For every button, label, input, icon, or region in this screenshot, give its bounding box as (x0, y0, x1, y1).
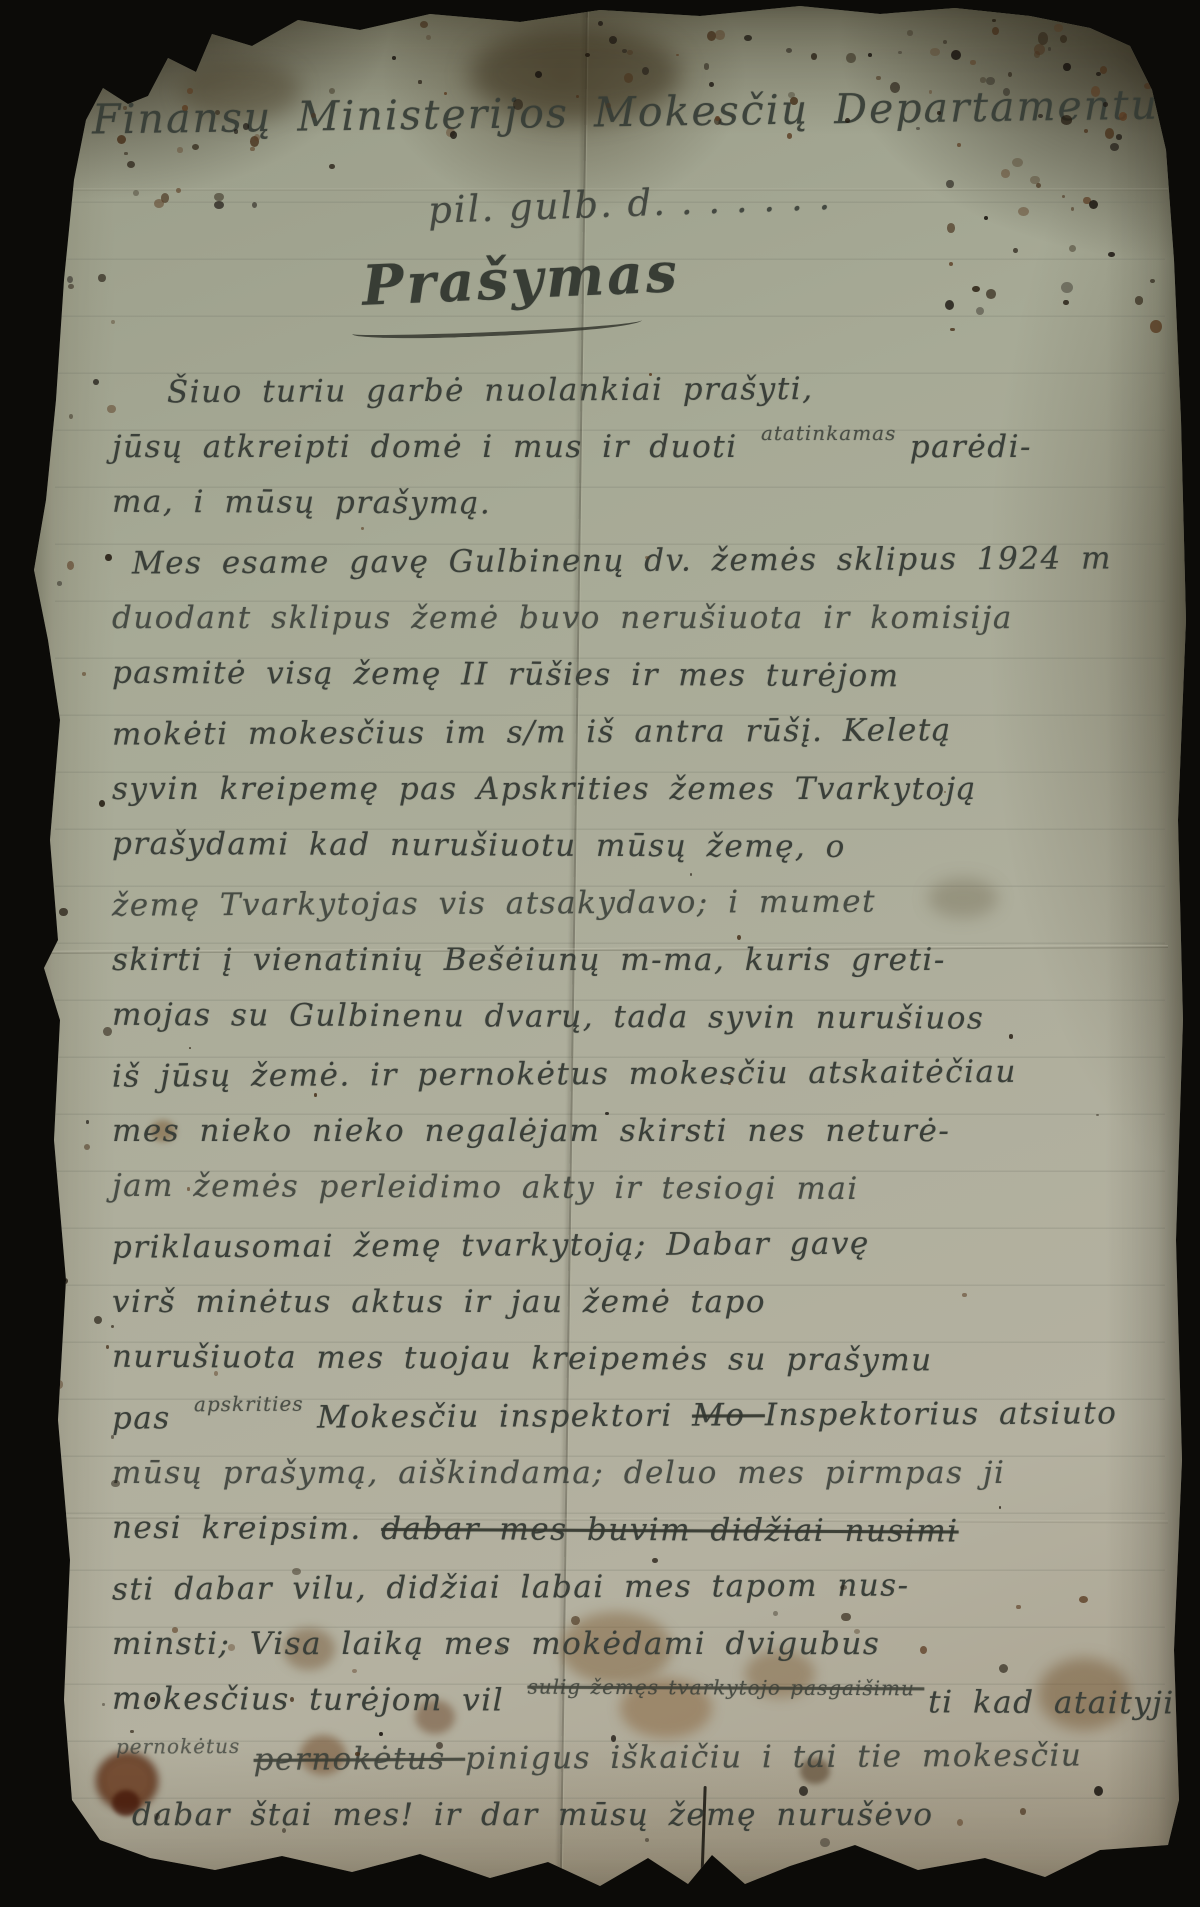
foxing-speckle (598, 21, 603, 26)
addressee-line: Finansų Ministerijos Mokesčių Departamen… (92, 80, 1175, 143)
handwriting-segment: Mokesčiu inspektori (317, 1398, 692, 1436)
foxing-speckle (811, 53, 817, 59)
foxing-speckle (930, 48, 940, 56)
foxing-speckle (426, 35, 431, 40)
foxing-speckle (392, 56, 396, 60)
handwriting-segment: Inspektorius atsiuto (765, 1395, 1118, 1433)
foxing-speckle (1105, 128, 1114, 138)
handwriting-segment: žemę Tvarkytojas vis atsakydavo; i mumet (112, 884, 876, 924)
foxing-speckle (907, 30, 913, 36)
handwritten-line: minsti; Visa laiką mes mokėdami dvigubus (112, 1616, 1122, 1673)
handwriting-segment: pinigus iškaičiu i tai tie mokesčiu (465, 1738, 1082, 1777)
foxing-speckle (609, 36, 617, 44)
foxing-speckle (992, 27, 999, 35)
handwriting-segment: mojas su Gulbinenu dvarų, tada syvin nur… (112, 997, 984, 1037)
foxing-speckle (980, 77, 987, 83)
foxing-speckle (744, 35, 751, 41)
foxing-speckle (1034, 44, 1045, 55)
handwritten-line: mūsų prašymą, aiškindama; deluo mes pirm… (112, 1445, 1122, 1502)
foxing-speckle (41, 689, 46, 695)
foxing-speckle (898, 51, 902, 55)
handwriting-segment: mes nieko nieko negalėjam skirsti nes ne… (112, 1113, 950, 1149)
foxing-speckle (787, 133, 793, 139)
foxing-speckle (951, 50, 961, 60)
foxing-speckle (846, 53, 856, 64)
handwritten-line: skirti į vienatinių Bešėiunų m-ma, kuris… (112, 932, 1122, 989)
handwritten-line: mokėti mokesčius im s/m iš antra rūšį. K… (112, 701, 1122, 763)
foxing-speckle (1060, 35, 1067, 43)
foxing-speckle (420, 21, 428, 28)
handwritten-line: sti dabar vilu, didžiai labai mes tapom … (112, 1556, 1122, 1618)
handwritten-line: pernokėtus pernokėtus pinigus iškaičiu i… (112, 1727, 1122, 1789)
handwritten-line: priklausomai žemę tvarkytoją; Dabar gavę (112, 1214, 1122, 1276)
foxing-speckle (642, 67, 649, 75)
foxing-speckle (868, 53, 872, 57)
handwriting-segment: nurušiuota mes tuojau kreipemės su prašy… (112, 1339, 933, 1379)
foxing-speckle (1034, 51, 1040, 58)
handwriting-segment: priklausomai žemę tvarkytoją; Dabar gavę (112, 1226, 870, 1266)
foxing-speckle (676, 54, 679, 57)
foxing-speckle (992, 19, 996, 23)
foxing-speckle (418, 80, 421, 83)
inserted-word: sulig žemęs tvarkytojo pasgaišimu (527, 1675, 924, 1701)
handwriting-segment: pasmitė visą žemę II rūšies ir mes turėj… (112, 655, 900, 694)
handwriting-segment: jam žemės perleidimo akty ir tesiogi mai (112, 1168, 859, 1207)
inserted-word: pernokėtus (116, 1734, 250, 1759)
handwritten-line: mojas su Gulbinenu dvarų, tada syvin nur… (112, 987, 1122, 1048)
foxing-speckle (1008, 72, 1012, 77)
handwritten-line: jūsų atkreipti domė i mus ir duoti atati… (112, 419, 1122, 476)
foxing-speckle (876, 76, 880, 80)
handwritten-line: syvin kreipemę pas Apskrities žemes Tvar… (112, 761, 1122, 818)
foxing-speckle (624, 73, 633, 83)
struck-text: dabar mes buvim didžiai nusimi (381, 1511, 959, 1550)
inserted-word: atatinkamas (761, 421, 906, 445)
handwriting-segment: dabar štai mes! ir dar mūsų žemę nurušėv… (132, 1797, 934, 1833)
foxing-speckle (786, 48, 792, 53)
handwritten-line: Šiuo turiu garbė nuolankiai prašyti, (112, 359, 1122, 421)
handwritten-line: nesi kreipsim. dabar mes buvim didžiai n… (112, 1500, 1122, 1561)
handwritten-line: Mes esame gavę Gulbinenų dv. žemės sklip… (112, 530, 1122, 592)
foxing-speckle (1063, 63, 1070, 71)
foxing-speckle (707, 31, 716, 41)
handwriting-segment: skirti į vienatinių Bešėiunų m-ma, kuris… (112, 942, 946, 978)
foxing-speckle (704, 63, 710, 69)
handwriting-segment: Mes esame gavę Gulbinenų dv. žemės sklip… (132, 540, 1112, 581)
body-text: Šiuo turiu garbė nuolankiai prašyti, jūs… (112, 362, 1122, 1844)
handwritten-line: jam žemės perleidimo akty ir tesiogi mai (112, 1158, 1122, 1219)
handwriting-segment: parėdi- (910, 429, 1032, 465)
document-title: Prašymas (361, 239, 681, 318)
document-page: Finansų Ministerijos Mokesčių Departamen… (0, 0, 1200, 1907)
scan-background: Finansų Ministerijos Mokesčių Departamen… (0, 0, 1200, 1907)
handwriting-segment: mokėti mokesčius im s/m iš antra rūšį. K… (112, 712, 952, 752)
handwritten-line: žemę Tvarkytojas vis atsakydavo; i mumet (112, 872, 1122, 934)
handwritten-line: dabar štai mes! ir dar mūsų žemę nurušėv… (112, 1787, 1122, 1844)
handwriting-segment: pas (112, 1400, 190, 1436)
handwritten-line: ma, i mūsų prašymą. (112, 474, 1122, 535)
handwriting-segment: nesi kreipsim. (112, 1510, 381, 1547)
handwriting-segment: ma, i mūsų prašymą. (112, 484, 491, 522)
foxing-speckle (1116, 32, 1123, 38)
struck-text: pernokėtus (254, 1741, 466, 1778)
handwritten-line: virš minėtus aktus ir jau žemė tapo (112, 1274, 1122, 1331)
foxing-speckle (1100, 66, 1107, 74)
handwriting-segment: iš jūsų žemė. ir pernokėtus mokesčiu ats… (112, 1054, 1017, 1095)
foxing-speckle (627, 50, 633, 55)
foxing-speckle (622, 49, 627, 53)
handwriting-segment: virš minėtus aktus ir jau žemė tapo (112, 1284, 766, 1320)
handwriting-segment: minsti; Visa laiką mes mokėdami dvigubus (112, 1626, 880, 1662)
handwriting-segment: jūsų atkreipti domė i mus ir duoti (112, 429, 757, 465)
foxing-speckle (136, 56, 142, 62)
inserted-word: apskrities (194, 1392, 313, 1417)
handwritten-line: nurušiuota mes tuojau kreipemės su prašy… (112, 1329, 1122, 1390)
handwritten-line: prašydami kad nurušiuotu mūsų žemę, o (112, 816, 1122, 877)
handwritten-line: iš jūsų žemė. ir pernokėtus mokesčiu ats… (112, 1043, 1122, 1105)
foxing-speckle (943, 40, 947, 44)
handwritten-line: mes nieko nieko negalėjam skirsti nes ne… (112, 1103, 1122, 1160)
foxing-speckle (38, 1526, 43, 1530)
foxing-speckle (715, 30, 724, 40)
handwriting-segment: ti kad ataityji mūsų (928, 1684, 1200, 1722)
handwriting-segment: mokesčius turėjom vil (112, 1681, 524, 1719)
foxing-speckle (1054, 24, 1063, 32)
handwritten-line: duodant sklipus žemė buvo nerušiuota ir … (112, 590, 1122, 647)
foxing-speckle (535, 71, 542, 78)
handwriting-segment: Šiuo turiu garbė nuolankiai prašyti, (167, 371, 814, 410)
foxing-speckle (970, 60, 975, 65)
handwriting-segment: duodant sklipus žemė buvo nerušiuota ir … (112, 600, 1013, 636)
foxing-speckle (38, 1547, 42, 1550)
foxing-speckle (187, 88, 194, 94)
handwriting-segment: sti dabar vilu, didžiai labai mes tapom … (112, 1567, 910, 1607)
handwriting-segment: syvin kreipemę pas Apskrities žemes Tvar… (112, 771, 977, 807)
struck-text: Mo (692, 1397, 765, 1433)
handwritten-line: pas apskrities Mokesčiu inspektori Mo In… (112, 1385, 1122, 1447)
handwritten-line: mokesčius turėjom vil sulig žemęs tvarky… (112, 1671, 1122, 1732)
handwritten-line: pasmitė visą žemę II rūšies ir mes turėj… (112, 645, 1122, 706)
foxing-speckle (1038, 32, 1048, 44)
handwriting-segment: prašydami kad nurušiuotu mūsų žemę, o (112, 826, 846, 865)
foxing-speckle (1116, 134, 1123, 140)
foxing-speckle (1048, 47, 1051, 51)
handwriting-segment: mūsų prašymą, aiškindama; deluo mes pirm… (112, 1455, 1005, 1491)
foxing-speckle (1083, 21, 1087, 26)
foxing-speckle (1096, 72, 1101, 77)
foxing-speckle (50, 1353, 54, 1357)
